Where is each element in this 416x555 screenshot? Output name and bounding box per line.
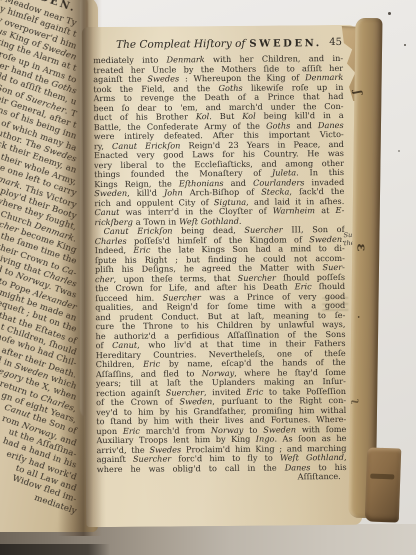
header-title-italic: The Compleat Hiſtory of xyxy=(116,38,245,51)
page-header: The Compleat Hiſtory of SWEDEN. 45 xyxy=(94,37,344,54)
page-number: 45 xyxy=(329,37,342,48)
dust-speck xyxy=(398,150,400,152)
left-text-lines: y in a Meadow near Tyy by himſelf againſ… xyxy=(0,19,76,518)
header-title-caps: SWEDEN. xyxy=(249,38,322,50)
right-page: The Compleat Hiſtory of SWEDEN. 45 media… xyxy=(82,25,362,527)
fore-edge-ink-mark: ʅ xyxy=(350,399,361,405)
book-photo-scene: ry of SWEDEN. y in a Meadow near Tyy by … xyxy=(0,0,416,555)
fore-edge-ink-mark: ʃ xyxy=(351,90,364,94)
fore-edge-ink-mark: · xyxy=(353,315,363,318)
shadow-under-book xyxy=(0,544,110,555)
ink-bleed-smudge xyxy=(322,293,348,319)
dust-speck xyxy=(388,12,391,15)
binding-leather-corner xyxy=(365,447,402,522)
left-page-text: ry of SWEDEN. y in a Meadow near Tyy by … xyxy=(0,2,76,518)
fore-edge-ink-mark: ε xyxy=(353,243,368,251)
leather-wear-line xyxy=(370,474,394,480)
dust-speck xyxy=(404,44,406,46)
main-text-block: mediately into Denmark with her Children… xyxy=(93,54,347,484)
